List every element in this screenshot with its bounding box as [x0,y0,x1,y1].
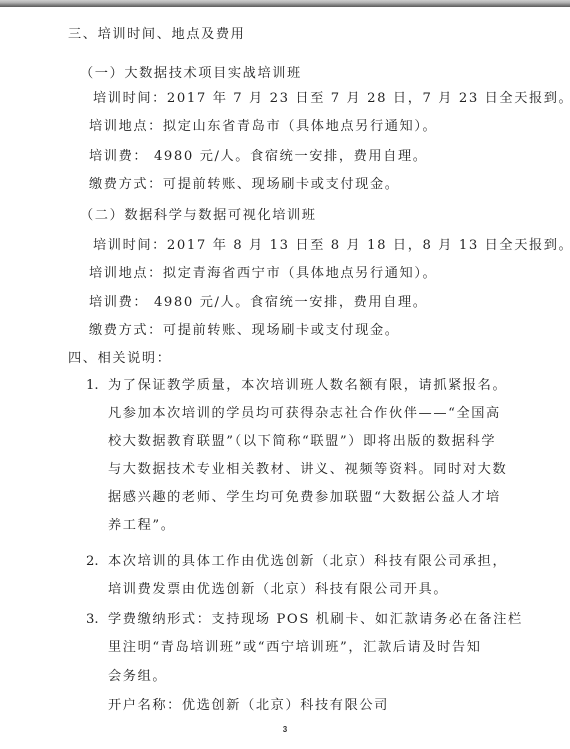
note-number: 3. [86,611,108,629]
note-line: 与大数据技术专业相关教材、讲义、视频等资料。同时对大数 [108,461,507,479]
note-line: 养工程”。 [108,517,176,535]
note-line: 为了保证教学质量，本次培训班人数名额有限，请抓紧报名。 [108,378,507,393]
note-line: 据感兴趣的老师、学生均可免费参加联盟“大数据公益人才培 [108,489,501,507]
section-heading-4: 四、相关说明： [68,350,172,368]
note-line: 学费缴纳形式：支持现场 POS 机刷卡、如汇款请务必在备注栏 [108,612,523,627]
note-line: 培训费发票由优选创新（北京）科技有限公司开具。 [108,581,448,599]
course-1-payment: 缴费方式：可提前转账、现场刷卡或支付现金。 [89,176,400,194]
note-item-1: 1.为了保证教学质量，本次培训班人数名额有限，请抓紧报名。 [86,377,507,395]
course-1-time: 培训时间：2017 年 7 月 23 日至 7 月 28 日，7 月 23 日全… [93,90,570,108]
note-line: 会务组。 [108,668,167,686]
note-number: 2. [86,553,108,571]
course-2-fee: 培训费： 4980 元/人。食宿统一安排，费用自理。 [89,294,428,312]
note-number: 1. [86,377,108,395]
course-2-title: （二）数据科学与数据可视化培训班 [80,207,317,225]
course-1-fee: 培训费： 4980 元/人。食宿统一安排，费用自理。 [89,148,428,166]
course-1-title: （一）大数据技术项目实战培训班 [80,65,302,83]
page-number: 3 [0,725,570,734]
note-line: 校大数据教育联盟”（以下简称“联盟”）即将出版的数据科学 [108,433,496,451]
document-page: 三、培训时间、地点及费用 （一）大数据技术项目实战培训班 培训时间：2017 年… [0,7,570,749]
note-line: 里注明“青岛培训班”或“西宁培训班”，汇款后请及时告知 [108,639,481,657]
note-line: 本次培训的具体工作由优选创新（北京）科技有限公司承担， [108,554,507,569]
course-1-location: 培训地点：拟定山东省青岛市（具体地点另行通知）。 [89,118,437,136]
viewer-top-border [0,0,570,7]
course-2-time: 培训时间：2017 年 8 月 13 日至 8 月 18 日，8 月 13 日全… [93,237,570,255]
course-2-payment: 缴费方式：可提前转账、现场刷卡或支付现金。 [89,322,400,340]
account-name-line: 开户名称：优选创新（北京）科技有限公司 [108,697,389,715]
note-line: 凡参加本次培训的学员均可获得杂志社合作伙伴——“全国高 [108,405,501,423]
section-heading-3: 三、培训时间、地点及费用 [68,26,245,44]
note-item-3: 3.学费缴纳形式：支持现场 POS 机刷卡、如汇款请务必在备注栏 [86,611,523,629]
note-item-2: 2.本次培训的具体工作由优选创新（北京）科技有限公司承担， [86,553,507,571]
course-2-location: 培训地点：拟定青海省西宁市（具体地点另行通知）。 [89,265,437,283]
